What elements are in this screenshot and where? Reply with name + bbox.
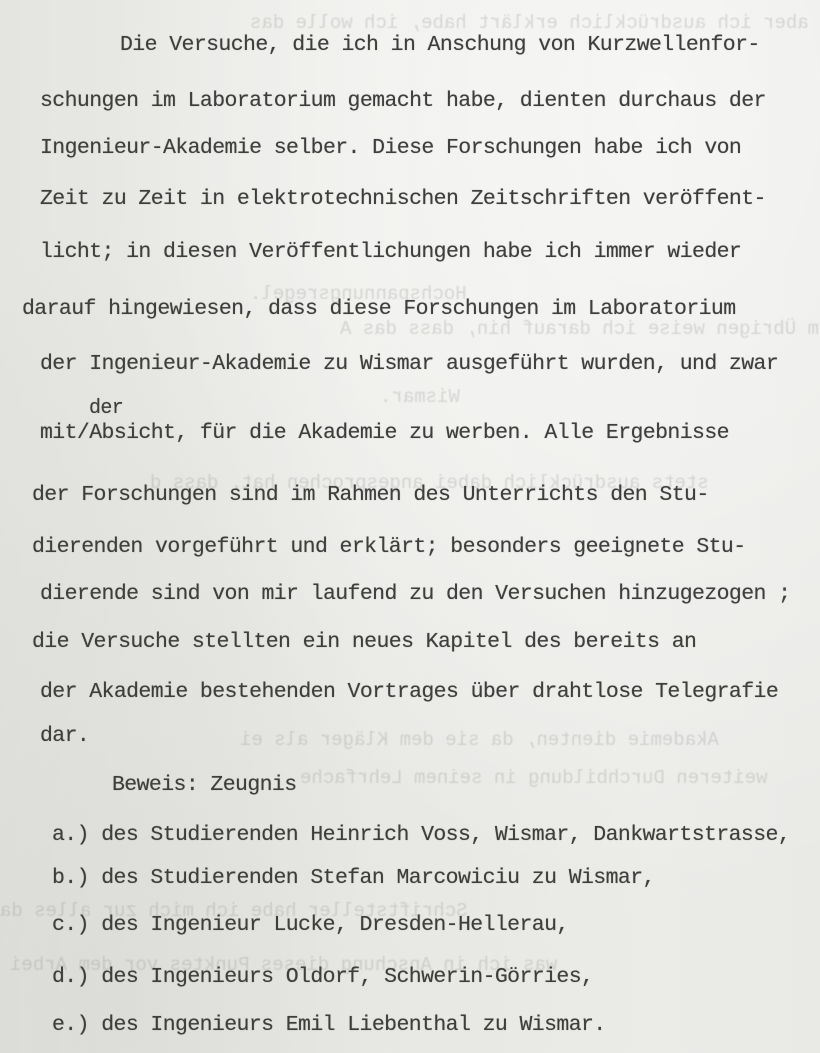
text-line: Die Versuche, die ich in Anschung von Ku… — [120, 33, 760, 57]
text-line: dierende sind von mir laufend zu den Ver… — [40, 582, 790, 606]
text-line: dierenden vorgeführt und erklärt; besond… — [32, 535, 746, 559]
text-line: schungen im Laboratorium gemacht habe, d… — [40, 89, 766, 113]
text-line: Ingenieur-Akademie selber. Diese Forschu… — [40, 136, 741, 160]
bleed-through-text: Im Übrigen weise ich darauf hin, dass da… — [340, 318, 820, 340]
text-line: dar. — [40, 724, 89, 748]
text-line: der Akademie bestehenden Vortrages über … — [40, 680, 778, 704]
bleed-through-text: aber ich ausdrücklich erklärt habe, ich … — [250, 12, 809, 34]
evidence-item-a: a.) des Studierenden Heinrich Voss, Wism… — [52, 823, 790, 847]
text-line: darauf hingewiesen, dass diese Forschung… — [22, 297, 736, 321]
bleed-through-text: weiteren Durchbildung in seinem Lehrfach… — [300, 767, 767, 789]
text-line: der Forschungen sind im Rahmen des Unter… — [32, 483, 709, 507]
evidence-item-c: c.) des Ingenieur Lucke, Dresden-Hellera… — [52, 913, 569, 937]
handwritten-insertion: der — [89, 397, 123, 420]
evidence-item-b: b.) des Studierenden Stefan Marcowiciu z… — [52, 866, 655, 890]
evidence-item-d: d.) des Ingenieurs Oldorf, Schwerin-Görr… — [52, 965, 593, 989]
bleed-through-text: Akademie dienten, da sie dem Kläger als … — [240, 729, 719, 751]
document-page: aber ich ausdrücklich erklärt habe, ich … — [0, 0, 820, 1053]
evidence-heading: Beweis: Zeugnis — [112, 773, 297, 797]
text-line: Zeit zu Zeit in elektrotechnischen Zeits… — [40, 187, 766, 211]
evidence-item-e: e.) des Ingenieurs Emil Liebenthal zu Wi… — [52, 1013, 606, 1037]
bleed-through-text: Wismar. — [380, 386, 460, 408]
text-line: die Versuche stellten ein neues Kapitel … — [32, 630, 696, 654]
text-line: licht; in diesen Veröffentlichungen habe… — [40, 240, 741, 264]
text-line: der Ingenieur-Akademie zu Wismar ausgefü… — [40, 352, 778, 376]
text-line: mit/Absicht, für die Akademie zu werben.… — [40, 421, 729, 445]
